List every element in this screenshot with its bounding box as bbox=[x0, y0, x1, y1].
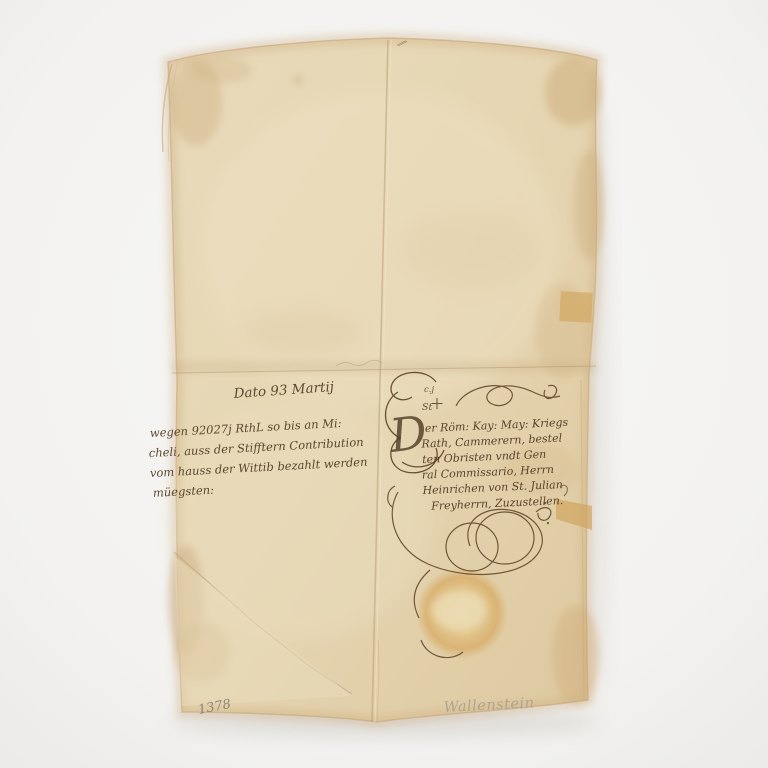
monogram-upper: c.j bbox=[424, 385, 434, 395]
tape-stain-upper-right bbox=[559, 291, 593, 323]
seal-stain bbox=[416, 567, 508, 659]
photo-background: ⁄⁄ Dato 93 Martij wegen 92027j RthL so b… bbox=[0, 0, 768, 768]
manuscript-photo: ⁄⁄ Dato 93 Martij wegen 92027j RthL so b… bbox=[0, 0, 768, 768]
monogram-lower: St bbox=[422, 402, 433, 413]
